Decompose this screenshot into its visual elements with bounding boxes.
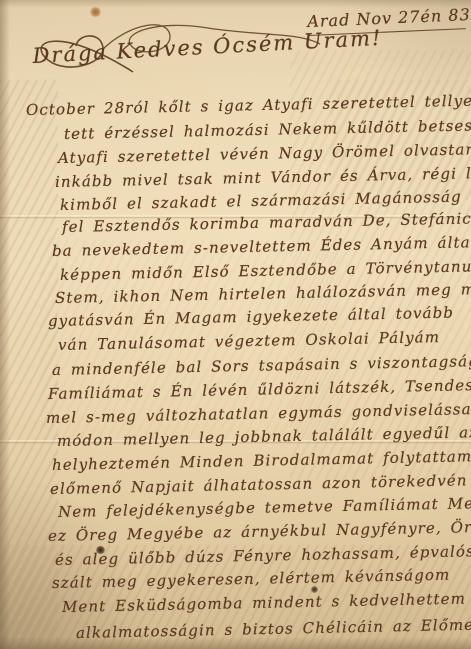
letter-page: Arad Nov 27én 832 Drága Kedves Ócsém Ura… xyxy=(0,0,471,649)
rust-stain xyxy=(90,7,101,17)
